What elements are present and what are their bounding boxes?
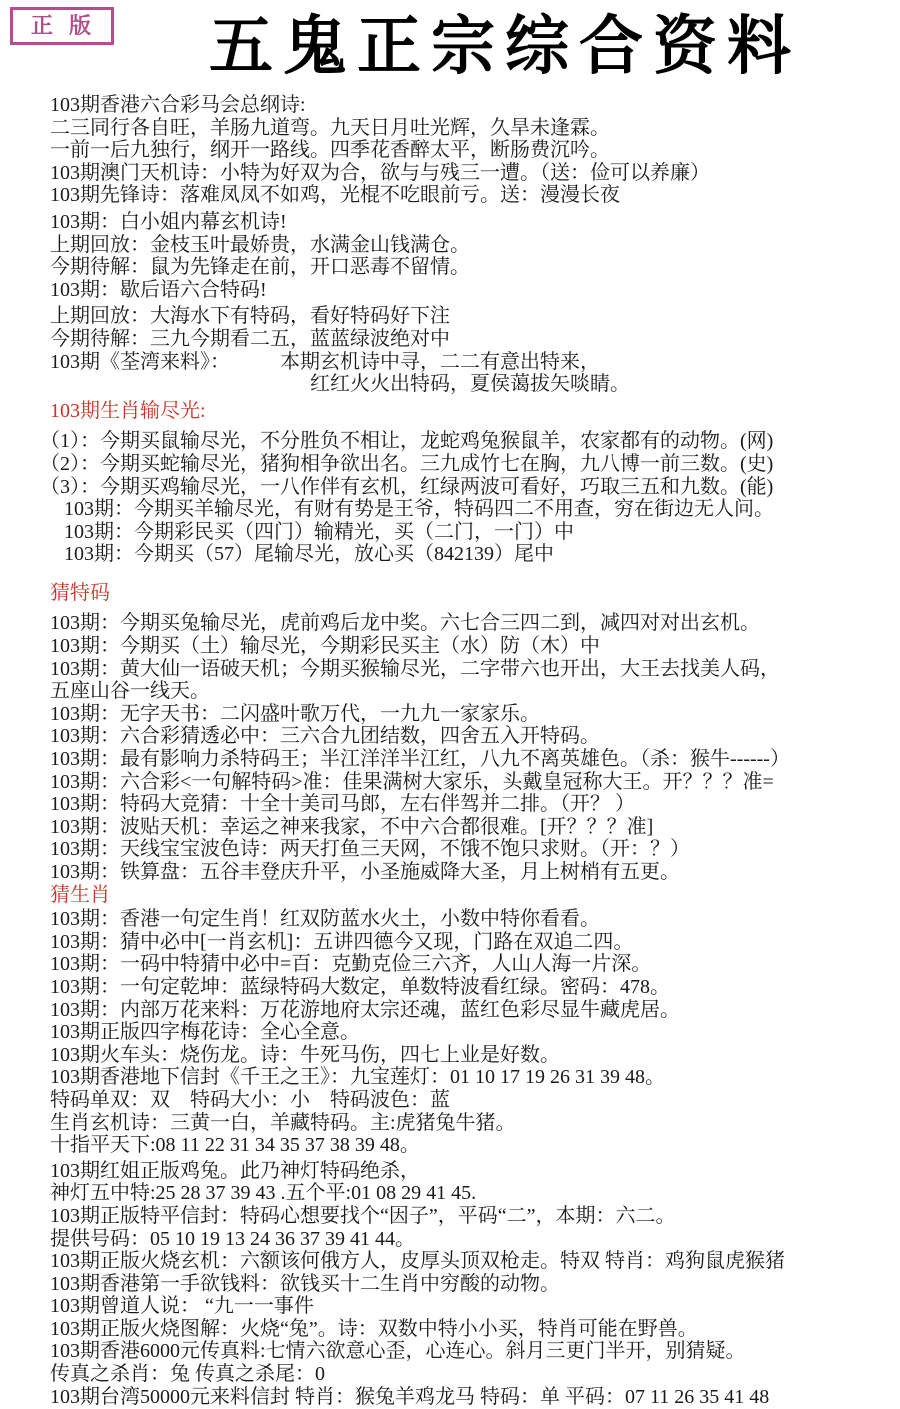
text-line: 103期香港地下信封《千王之王》：九宝莲灯：01 10 17 19 26 31 … bbox=[50, 1066, 900, 1089]
text-line: 103期：铁算盘：五谷丰登庆升平，小圣施威降大圣，月上树梢有五更。 bbox=[50, 861, 900, 884]
text-line: 二三同行各自旺，羊肠九道弯。九天日月吐光辉，久旱未逢霖。 bbox=[50, 117, 900, 140]
text-line: （3）：今期买鸡输尽光，一八作伴有玄机，红绿两波可看好，巧取三五和九数。(能) bbox=[40, 476, 900, 499]
text-line: 103期：六合彩猜透必中：三六合九团结数，四舍五入开特码。 bbox=[50, 725, 900, 748]
text-line: 103期香港6000元传真料:七情六欲意心歪，心连心。斜月三更门半开，别猜疑。 bbox=[50, 1340, 900, 1363]
text-line: 103期台湾50000元来料信封 特肖：猴兔羊鸡龙马 特码：单 平码：07 11… bbox=[50, 1386, 900, 1409]
text-line: 103期：今期彩民买（四门）输精光，买（二门，一门）中 bbox=[64, 521, 900, 544]
text-line: 上期回放：大海水下有特码，看好特码好下注 bbox=[50, 305, 900, 328]
text-line: 生肖玄机诗：三黄一白，羊藏特码。主:虎猪兔牛猪。 bbox=[50, 1112, 900, 1135]
text-line: 103期：今期买兔输尽光，虎前鸡后龙中奖。六七合三四二到，减四对对出玄机。 bbox=[50, 612, 900, 635]
text-line: 103期香港六合彩马会总纲诗: bbox=[50, 94, 900, 117]
text-line: 103期红姐正版鸡兔。此乃神灯特码绝杀， bbox=[50, 1160, 900, 1183]
text-line: 103期：猜中必中[一肖玄机]：五讲四德今又现，门路在双追二四。 bbox=[50, 931, 900, 954]
text-line: 103期：歇后语六合特码! bbox=[50, 279, 900, 302]
text-line: 103期：今期买（57）尾输尽光，放心买（842139）尾中 bbox=[64, 543, 900, 566]
text-line: 103期火车头：烧伤龙。诗：牛死马伤，四七上业是好数。 bbox=[50, 1044, 900, 1067]
text-line: 103期：白小姐内幕玄机诗! bbox=[50, 211, 900, 234]
text-line: 一前一后九独行，纲开一路线。四季花香醉太平，断肠费沉吟。 bbox=[50, 139, 900, 162]
text-line: 103期：最有影响力杀特码王；半江洋洋半江红，八九不离英雄色。（杀：猴牛----… bbox=[50, 748, 900, 771]
text-line: 十指平天下:08 11 22 31 34 35 37 38 39 48。 bbox=[50, 1134, 900, 1157]
text-line: （2）：今期买蛇输尽光，猪狗相争欲出名。三九成竹七在胸，九八博一前三数。(史) bbox=[40, 453, 900, 476]
text-line: 103期：特码大竞猜：十全十美司马郎，左右伴驾并二排。（开？ ） bbox=[50, 793, 900, 816]
text-line: 103期：今期买羊输尽光，有财有势是王爷，特码四二不用查，穷在街边无人问。 bbox=[64, 498, 900, 521]
text-line: 103期：内部万花来料：万花游地府太宗还魂，蓝红色彩尽显牛藏虎居。 bbox=[50, 999, 900, 1022]
text-line: 103期：黄大仙一语破天机；今期买猴输尽光，二字带六也开出，大王去找美人码， bbox=[50, 658, 900, 681]
text-line: 103期：天线宝宝波色诗：两天打鱼三天网，不饿不饱只求财。（开：？） bbox=[50, 838, 900, 861]
text-line: 103期：六合彩<一句解特码>准：佳果满树大家乐，头戴皇冠称大王。开？？？准= bbox=[50, 771, 900, 794]
text-line: 103期：一句定乾坤：蓝绿特码大数定，单数特波看红绿。密码：478。 bbox=[50, 976, 900, 999]
text-line: 103期正版火烧图解：火烧“兔”。诗：双数中特小小买，特肖可能在野兽。 bbox=[50, 1318, 900, 1341]
text-line: 特码单双：双 特码大小：小 特码波色：蓝 bbox=[50, 1089, 900, 1112]
text-line: 103期正版火烧玄机：六额该何俄方人，皮厚头顶双枪走。特双 特肖：鸡狗鼠虎猴猪 bbox=[50, 1250, 900, 1273]
text-line: 103期：无字天书：二闪盛叶歌万代，一九九一家家乐。 bbox=[50, 703, 900, 726]
text-line: 今期待解：三九今期看二五，蓝蓝绿波绝对中 bbox=[50, 328, 900, 351]
section-heading: 103期生肖输尽光: bbox=[50, 400, 900, 423]
page-title: 五鬼正宗综合资料 bbox=[0, 10, 900, 84]
text-line: 五座山谷一线天。 bbox=[50, 680, 900, 703]
text-line: 103期正版四字梅花诗：全心全意。 bbox=[50, 1021, 900, 1044]
section-heading: 猜生肖 bbox=[50, 884, 900, 907]
text-line: 红红火火出特码，夏侯蔼拔矢啖睛。 bbox=[310, 373, 900, 396]
document-page: 正版 五鬼正宗综合资料 103期香港六合彩马会总纲诗:二三同行各自旺，羊肠九道弯… bbox=[0, 0, 900, 1409]
text-line: 103期澳门天机诗：小特为好双为合，欲与与残三一遭。（送：俭可以养廉） bbox=[50, 162, 900, 185]
text-line: 103期：香港一句定生肖！红双防蓝水火土，小数中特你看看。 bbox=[50, 908, 900, 931]
text-line: 103期：一码中特猜中必中=百：克勤克俭三六齐，人山人海一片深。 bbox=[50, 953, 900, 976]
text-line: 103期：今期买（土）输尽光，今期彩民买主（水）防（木）中 bbox=[50, 635, 900, 658]
text-line: 今期待解：鼠为先锋走在前，开口恶毒不留情。 bbox=[50, 256, 900, 279]
text-line: （1）：今期买鼠输尽光，不分胜负不相让，龙蛇鸡兔猴鼠羊，农家都有的动物。(网) bbox=[40, 430, 900, 453]
text-line: 上期回放：金枝玉叶最娇贵，水满金山钱满仓。 bbox=[50, 234, 900, 257]
text-line: 103期正版特平信封：特码心想要找个“因子”，平码“二”，本期：六二。 bbox=[50, 1205, 900, 1228]
text-line: 神灯五中特:25 28 37 39 43 .五个平:01 08 29 41 45… bbox=[50, 1182, 900, 1205]
text-line: 103期香港第一手欲钱料：欲钱买十二生肖中穷酸的动物。 bbox=[50, 1273, 900, 1296]
text-content: 103期香港六合彩马会总纲诗:二三同行各自旺，羊肠九道弯。九天日月吐光辉，久旱未… bbox=[0, 94, 900, 1408]
text-line: 103期：波贴天机：幸运之神来我家，不中六合都很难。[开？？？准] bbox=[50, 816, 900, 839]
text-line: 传真之杀肖：兔 传真之杀尾：0 bbox=[50, 1363, 900, 1386]
text-line: 103期《荃湾来料》： 本期玄机诗中寻，二二有意出特来， bbox=[50, 351, 900, 374]
section-heading: 猜特码 bbox=[50, 582, 900, 605]
text-line: 提供号码：05 10 19 13 24 36 37 39 41 44。 bbox=[50, 1228, 900, 1251]
text-line: 103期先锋诗：落难凤凤不如鸡，光棍不吃眼前亏。送：漫漫长夜 bbox=[50, 184, 900, 207]
text-line: 103期曾道人说： “九一一事件 bbox=[50, 1295, 900, 1318]
